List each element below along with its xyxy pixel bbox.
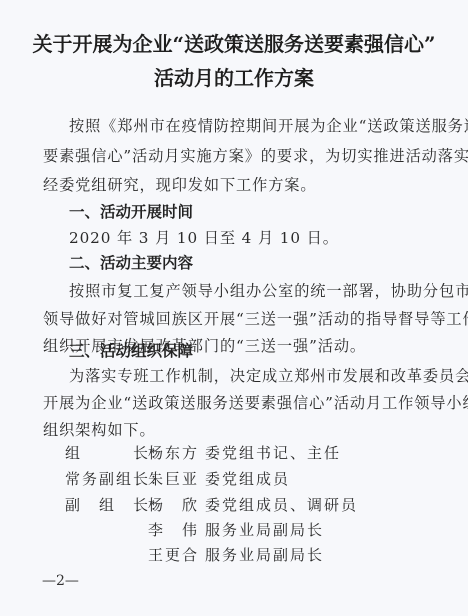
section3-line-1: 为落实专班工作机制，决定成立郑州市发展和改革委员会 (69, 366, 454, 386)
document-page: 关于开展为企业“送政策送服务送要素强信心” 活动月的工作方案 按照《郑州市在疫情… (0, 0, 468, 616)
roster-name: 李 伟 (148, 520, 199, 540)
roster-name: 王更合 (148, 545, 199, 565)
roster-role: 服务业局副局长 (205, 520, 324, 540)
section3-line-3: 组织架构如下。 (43, 420, 428, 440)
roster-role: 委党组书记、主任 (205, 443, 341, 463)
section3-line-2: 开展为企业“送政策送服务送要素强信心”活动月工作领导小组。 (43, 393, 428, 413)
roster-role: 委党组成员、调研员 (205, 495, 358, 515)
section3-heading: 三、活动组织保障 (69, 341, 193, 361)
roster-label: 副 组 长： (65, 495, 147, 515)
page-number: —2— (42, 573, 79, 589)
roster-label: 组 长： (65, 443, 147, 463)
document-title-line2: 活动月的工作方案 (0, 62, 468, 91)
roster-role: 服务业局副局长 (205, 545, 324, 565)
intro-line-2: 要素强信心”活动月实施方案》的要求，为切实推进活动落实， (43, 146, 428, 166)
section2-line-1: 按照市复工复产领导小组办公室的统一部署，协助分包市 (69, 281, 454, 301)
intro-line-1: 按照《郑州市在疫情防控期间开展为企业“送政策送服务送 (69, 116, 454, 136)
section1-heading: 一、活动开展时间 (69, 202, 193, 222)
roster-label: 常务副组长： (65, 469, 147, 489)
roster-name: 杨东方 (148, 443, 199, 463)
intro-line-3: 经委党组研究，现印发如下工作方案。 (43, 175, 428, 195)
section2-heading: 二、活动主要内容 (69, 253, 193, 273)
document-title-line1: 关于开展为企业“送政策送服务送要素强信心” (0, 28, 468, 57)
roster-name: 朱巨亚 (148, 469, 199, 489)
section2-line-2: 领导做好对管城回族区开展“三送一强”活动的指导督导等工作； (43, 309, 428, 329)
roster-role: 委党组成员 (205, 469, 290, 489)
roster-name: 杨 欣 (148, 495, 199, 515)
section1-body: 2020 年 3 月 10 日至 4 月 10 日。 (69, 228, 454, 248)
